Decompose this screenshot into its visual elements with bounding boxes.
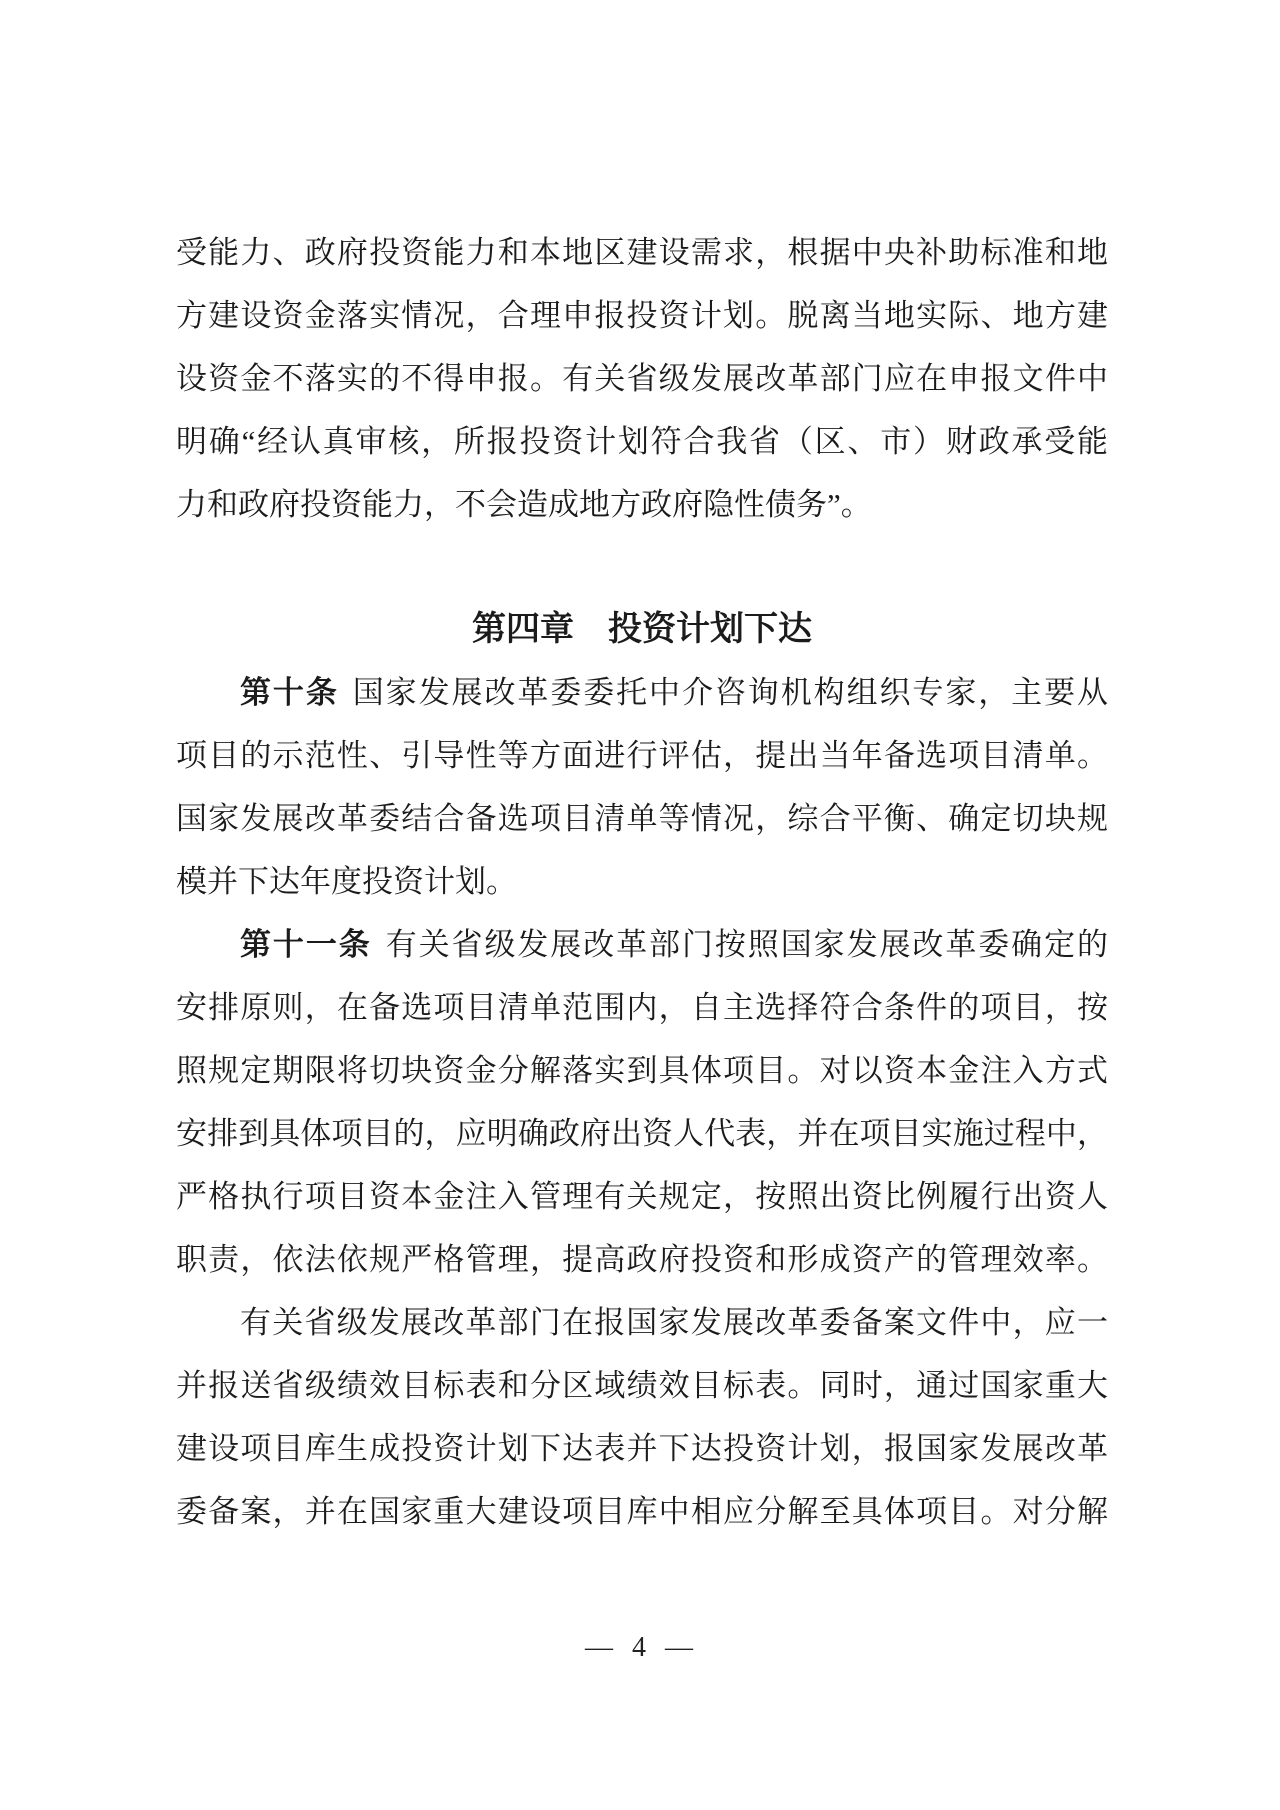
body-line: 受能力、政府投资能力和本地区建设需求，根据中央补助标准和地 (176, 221, 1108, 284)
page-number: — 4 — (0, 1628, 1280, 1668)
article-number: 第十条 (240, 675, 339, 710)
body-text: 有关省级发展改革部门按照国家发展改革委确定的 (386, 927, 1108, 962)
body-line: 第十一条有关省级发展改革部门按照国家发展改革委确定的 (176, 913, 1108, 976)
body-line: 严格执行项目资本金注入管理有关规定，按照出资比例履行出资人 (176, 1165, 1108, 1228)
body-line: 设资金不落实的不得申报。有关省级发展改革部门应在申报文件中 (176, 347, 1108, 410)
body-line: 照规定期限将切块资金分解落实到具体项目。对以资本金注入方式 (176, 1039, 1108, 1102)
body-line: 项目的示范性、引导性等方面进行评估，提出当年备选项目清单。 (176, 724, 1108, 787)
body-line: 明确“经认真审核，所报投资计划符合我省（区、市）财政承受能 (176, 410, 1108, 473)
text-block: 受能力、政府投资能力和本地区建设需求，根据中央补助标准和地 方建设资金落实情况，… (176, 221, 1108, 1543)
body-line: 职责，依法依规严格管理，提高政府投资和形成资产的管理效率。 (176, 1228, 1108, 1291)
body-line: 安排到具体项目的，应明确政府出资人代表，并在项目实施过程中， (176, 1102, 1108, 1165)
article-number: 第十一条 (240, 927, 372, 962)
chapter-heading: 第四章 投资计划下达 (176, 598, 1108, 661)
body-line: 并报送省级绩效目标表和分区域绩效目标表。同时，通过国家重大 (176, 1354, 1108, 1417)
body-line: 国家发展改革委结合备选项目清单等情况，综合平衡、确定切块规 (176, 787, 1108, 850)
body-line: 委备案，并在国家重大建设项目库中相应分解至具体项目。对分解 (176, 1480, 1108, 1543)
body-line: 安排原则，在备选项目清单范围内，自主选择符合条件的项目，按 (176, 976, 1108, 1039)
body-text: 国家发展改革委委托中介咨询机构组织专家，主要从 (353, 675, 1108, 710)
document-page: 受能力、政府投资能力和本地区建设需求，根据中央补助标准和地 方建设资金落实情况，… (0, 0, 1280, 1810)
body-line: 方建设资金落实情况，合理申报投资计划。脱离当地实际、地方建 (176, 284, 1108, 347)
body-line: 有关省级发展改革部门在报国家发展改革委备案文件中，应一 (176, 1291, 1108, 1354)
body-line: 模并下达年度投资计划。 (176, 850, 1108, 913)
body-line: 建设项目库生成投资计划下达表并下达投资计划，报国家发展改革 (176, 1417, 1108, 1480)
section-spacer (176, 536, 1108, 598)
body-line: 第十条国家发展改革委委托中介咨询机构组织专家，主要从 (176, 661, 1108, 724)
body-line: 力和政府投资能力，不会造成地方政府隐性债务”。 (176, 473, 1108, 536)
